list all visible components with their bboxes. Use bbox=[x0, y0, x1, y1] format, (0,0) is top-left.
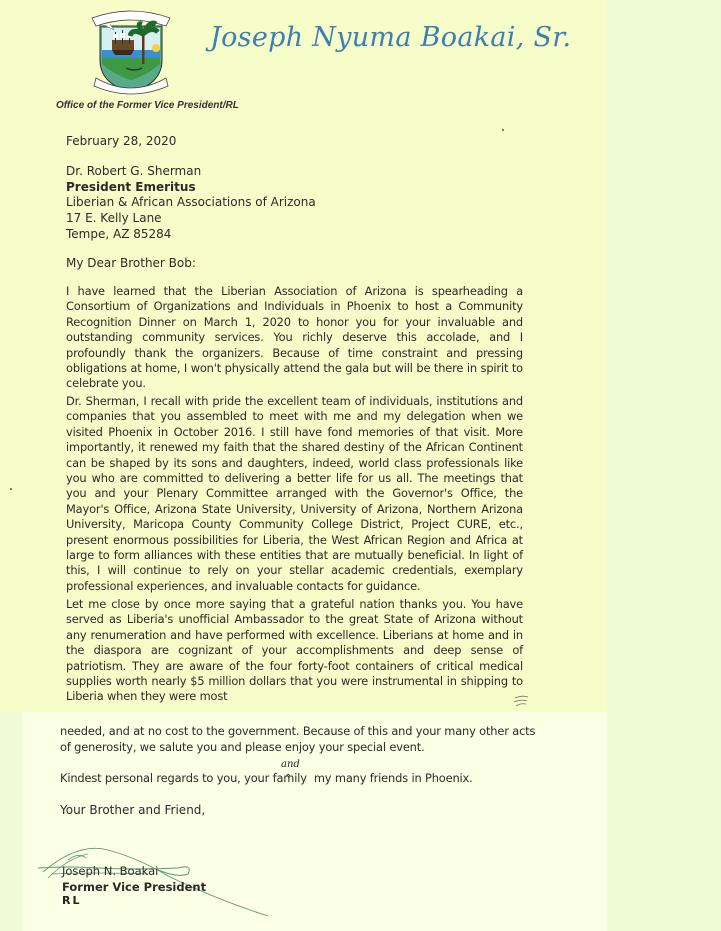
signatory-suffix-handwritten: RL bbox=[62, 894, 81, 907]
recipient-organization: Liberian & African Associations of Arizo… bbox=[66, 194, 316, 210]
scan-speck bbox=[502, 129, 504, 131]
recipient-street: 17 E. Kelly Lane bbox=[66, 210, 162, 226]
body-paragraph-4: Kindest personal regards to you, your fa… bbox=[60, 771, 540, 787]
body-paragraph-2: Dr. Sherman, I recall with pride the exc… bbox=[66, 394, 523, 594]
recipient-name: Dr. Robert G. Sherman bbox=[66, 163, 201, 179]
regards-text-before: Kindest personal regards to you, your fa… bbox=[60, 771, 307, 785]
scan-speck bbox=[10, 488, 12, 490]
recipient-city: Tempe, AZ 85284 bbox=[66, 226, 171, 242]
body-paragraph-3: Let me close by once more saying that a … bbox=[66, 597, 523, 705]
letter-date: February 28, 2020 bbox=[66, 133, 176, 149]
letterhead-name: Joseph Nyuma Boakai, Sr. bbox=[210, 22, 571, 53]
office-title: Office of the Former Vice President/RL bbox=[56, 100, 239, 111]
salutation: My Dear Brother Bob: bbox=[66, 255, 196, 271]
liberia-seal-icon bbox=[86, 6, 176, 98]
regards-text-after: my many friends in Phoenix. bbox=[314, 771, 473, 785]
handwritten-insert: and bbox=[281, 759, 300, 770]
closing: Your Brother and Friend, bbox=[60, 802, 205, 818]
body-paragraph-3-continued: needed, and at no cost to the government… bbox=[60, 724, 540, 755]
recipient-title: President Emeritus bbox=[66, 179, 196, 195]
body-paragraph-1: I have learned that the Liberian Associa… bbox=[66, 284, 523, 392]
scan-mark-icon bbox=[512, 694, 532, 710]
signatory-title: Former Vice President bbox=[62, 880, 206, 894]
signatory-name: Joseph N. Boakai bbox=[62, 864, 158, 878]
insertion-caret-icon: ⌃ bbox=[284, 773, 292, 784]
